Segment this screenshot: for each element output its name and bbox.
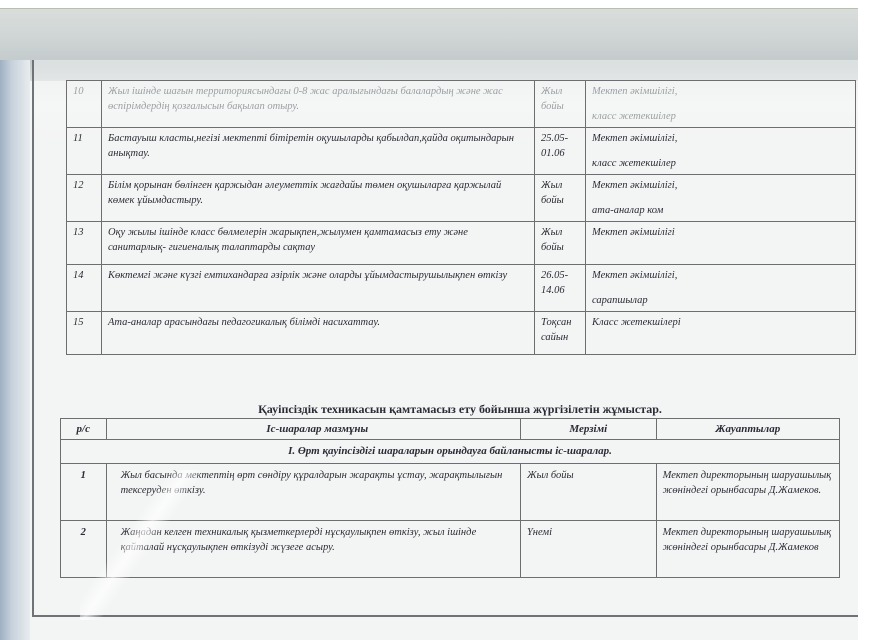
responsible-line: класс жетекшілер bbox=[592, 156, 849, 171]
row-content: Көктемгі және күзгі емтихандарға әзірлік… bbox=[102, 265, 535, 312]
row-date: 25.05-01.06 bbox=[535, 128, 586, 175]
row-date: Жыл бойы bbox=[535, 81, 586, 128]
row-responsible: Мектеп әкімшілігі,класс жетекшілер bbox=[586, 128, 856, 175]
header-content: Іс-шаралар мазмұны bbox=[106, 419, 520, 440]
row-responsible: Класс жетекшілері bbox=[586, 312, 856, 355]
row-content: Оқу жылы ішінде класс бөлмелерін жарықпе… bbox=[102, 222, 535, 265]
responsible-line: класс жетекшілер bbox=[592, 109, 849, 124]
header-num: р/с bbox=[61, 419, 107, 440]
responsible-line: Мектеп әкімшілігі bbox=[592, 225, 849, 240]
row-content: Жыл ішінде шағын территориясындағы 0-8 ж… bbox=[102, 81, 535, 128]
row-responsible: Мектеп әкімшілігі,сарапшылар bbox=[586, 265, 856, 312]
row-responsible: Мектеп директорының шаруашылық жөніндегі… bbox=[656, 464, 839, 521]
table-row: 14Көктемгі және күзгі емтихандарға әзірл… bbox=[67, 265, 856, 312]
table-row: 10Жыл ішінде шағын территориясындағы 0-8… bbox=[67, 81, 856, 128]
row-date: Тоқсан сайын bbox=[535, 312, 586, 355]
table-header-row: р/с Іс-шаралар мазмұны Мерзімі Жауаптыла… bbox=[61, 419, 840, 440]
row-date: Жыл бойы bbox=[520, 464, 656, 521]
row-content: Ата-аналар арасындағы педагогикалық білі… bbox=[102, 312, 535, 355]
table-row: 15Ата-аналар арасындағы педагогикалық бі… bbox=[67, 312, 856, 355]
row-number: 13 bbox=[67, 222, 102, 265]
row-date: Үнемі bbox=[520, 521, 656, 578]
row-number: 1 bbox=[61, 464, 107, 521]
row-number: 15 bbox=[67, 312, 102, 355]
row-date: 26.05-14.06 bbox=[535, 265, 586, 312]
responsible-line: Класс жетекшілері bbox=[592, 315, 849, 330]
table-row: 11Бастауыш класты,негізі мектепті бітіре… bbox=[67, 128, 856, 175]
subsection-row: І. Өрт қауіпсіздігі шараларын орындауға … bbox=[61, 440, 840, 464]
table-row: 1Жыл басында мектептің өрт сөндіру құрал… bbox=[61, 464, 840, 521]
row-content: Жыл басында мектептің өрт сөндіру құралд… bbox=[106, 464, 520, 521]
responsible-line: ата-аналар ком bbox=[592, 203, 849, 218]
row-content: Жаңадан келген техникалық қызметкерлерді… bbox=[106, 521, 520, 578]
table-row: 12Білім қорынан бөлінген қаржыдан әлеуме… bbox=[67, 175, 856, 222]
table-row: 2Жаңадан келген техникалық қызметкерлерд… bbox=[61, 521, 840, 578]
row-content: Білім қорынан бөлінген қаржыдан әлеуметт… bbox=[102, 175, 535, 222]
row-number: 12 bbox=[67, 175, 102, 222]
subsection-title: І. Өрт қауіпсіздігі шараларын орындауға … bbox=[61, 440, 840, 464]
header-date: Мерзімі bbox=[520, 419, 656, 440]
row-number: 10 bbox=[67, 81, 102, 128]
row-content: Бастауыш класты,негізі мектепті бітіреті… bbox=[102, 128, 535, 175]
row-responsible: Мектеп әкімшілігі,класс жетекшілер bbox=[586, 81, 856, 128]
row-number: 2 bbox=[61, 521, 107, 578]
binder-edge bbox=[0, 60, 30, 640]
table-row: 13Оқу жылы ішінде класс бөлмелерін жарық… bbox=[67, 222, 856, 265]
row-number: 11 bbox=[67, 128, 102, 175]
header-responsible: Жауаптылар bbox=[656, 419, 839, 440]
responsible-line: сарапшылар bbox=[592, 293, 849, 308]
section-title: Қауіпсіздік техникасын қамтамасыз ету бо… bbox=[60, 402, 860, 417]
row-number: 14 bbox=[67, 265, 102, 312]
responsible-line: Мектеп әкімшілігі, bbox=[592, 178, 849, 193]
row-date: Жыл бойы bbox=[535, 175, 586, 222]
activities-table-continued: 10Жыл ішінде шағын территориясындағы 0-8… bbox=[66, 80, 856, 355]
safety-measures-table: р/с Іс-шаралар мазмұны Мерзімі Жауаптыла… bbox=[60, 418, 840, 578]
scan-border-right bbox=[858, 0, 876, 640]
row-date: Жыл бойы bbox=[535, 222, 586, 265]
responsible-line: Мектеп әкімшілігі, bbox=[592, 268, 849, 283]
row-responsible: Мектеп әкімшілігі,ата-аналар ком bbox=[586, 175, 856, 222]
responsible-line: Мектеп әкімшілігі, bbox=[592, 131, 849, 146]
row-responsible: Мектеп директорының шаруашылық жөніндегі… bbox=[656, 521, 839, 578]
responsible-line: Мектеп әкімшілігі, bbox=[592, 84, 849, 99]
row-responsible: Мектеп әкімшілігі bbox=[586, 222, 856, 265]
